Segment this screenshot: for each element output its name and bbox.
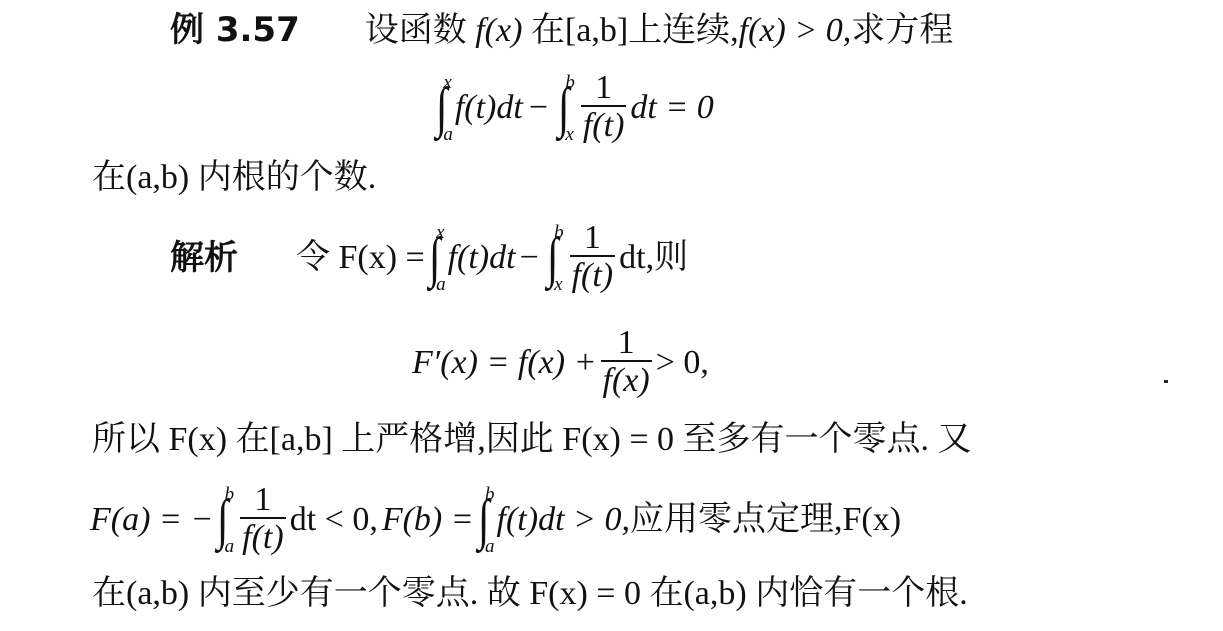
problem-question: 在(a,b) 内根的个数. bbox=[92, 158, 376, 198]
derivative-equation: F′(x) = f(x) + 1 f(x) > 0, bbox=[412, 318, 709, 408]
problem-function: f(x) bbox=[475, 12, 522, 49]
fraction: 1 f(t) bbox=[581, 71, 627, 145]
fa-tail: dt < 0, bbox=[290, 500, 378, 540]
integral-sign: ∫ xa bbox=[427, 227, 446, 289]
integral-sign: ∫ bx bbox=[556, 77, 575, 139]
solution-definition: 解析 令 F(x) = ∫ xa f(t)dt − ∫ bx 1 f(t) dt… bbox=[170, 218, 688, 298]
integrand: f(t)dt bbox=[448, 238, 516, 278]
minus-sign: − bbox=[529, 88, 548, 128]
integral-sign: ∫ ba bbox=[476, 489, 495, 551]
integral-sign: ∫ bx bbox=[545, 227, 564, 289]
monotone-statement: 所以 F(x) 在[a,b] 上严格增,因此 F(x) = 0 至多有一个零点.… bbox=[92, 420, 972, 460]
derivative-rhs: > 0, bbox=[656, 343, 709, 383]
integral-sign: ∫ xa bbox=[434, 77, 453, 139]
scan-speck bbox=[1164, 380, 1168, 383]
example-heading-line: 例 3.57 设函数 f(x) 在[a,b]上连续,f(x) > 0,求方程 bbox=[170, 10, 953, 51]
final-conclusion: 在(a,b) 内至少有一个零点. 故 F(x) = 0 在(a,b) 内恰有一个… bbox=[92, 574, 968, 614]
definition-tail: dt,则 bbox=[619, 238, 688, 278]
fraction: 1 f(x) bbox=[601, 326, 652, 400]
fb-integrand: f(t)dt > 0, bbox=[497, 500, 630, 540]
fraction: 1 f(t) bbox=[240, 483, 286, 557]
integral-sign: ∫ ba bbox=[215, 489, 234, 551]
equation-tail: dt = 0 bbox=[630, 88, 713, 128]
problem-text: 求方程 bbox=[851, 12, 953, 49]
solution-label: 解析 bbox=[170, 238, 238, 278]
problem-text: 在[a,b]上连续, bbox=[531, 12, 739, 49]
endpoint-values: F(a) = − ∫ ba 1 f(t) dt < 0, F(b) = ∫ ba… bbox=[90, 478, 901, 562]
integrand: f(t)dt bbox=[455, 88, 523, 128]
problem-equation: ∫ xa f(t)dt − ∫ bx 1 f(t) dt = 0 bbox=[432, 68, 714, 148]
fraction: 1 f(t) bbox=[570, 221, 616, 295]
problem-text: 设函数 bbox=[365, 12, 467, 49]
let-text: 令 F(x) = bbox=[296, 238, 425, 278]
fb-lhs: F(b) = bbox=[382, 500, 474, 540]
example-label: 例 3.57 bbox=[170, 10, 300, 50]
conclusion-text: 应用零点定理,F(x) bbox=[630, 500, 901, 540]
fa-lhs: F(a) = − bbox=[90, 500, 213, 540]
problem-condition: f(x) > 0, bbox=[739, 12, 852, 49]
minus-sign: − bbox=[520, 238, 539, 278]
derivative-lhs: F′(x) = f(x) + bbox=[412, 343, 597, 383]
